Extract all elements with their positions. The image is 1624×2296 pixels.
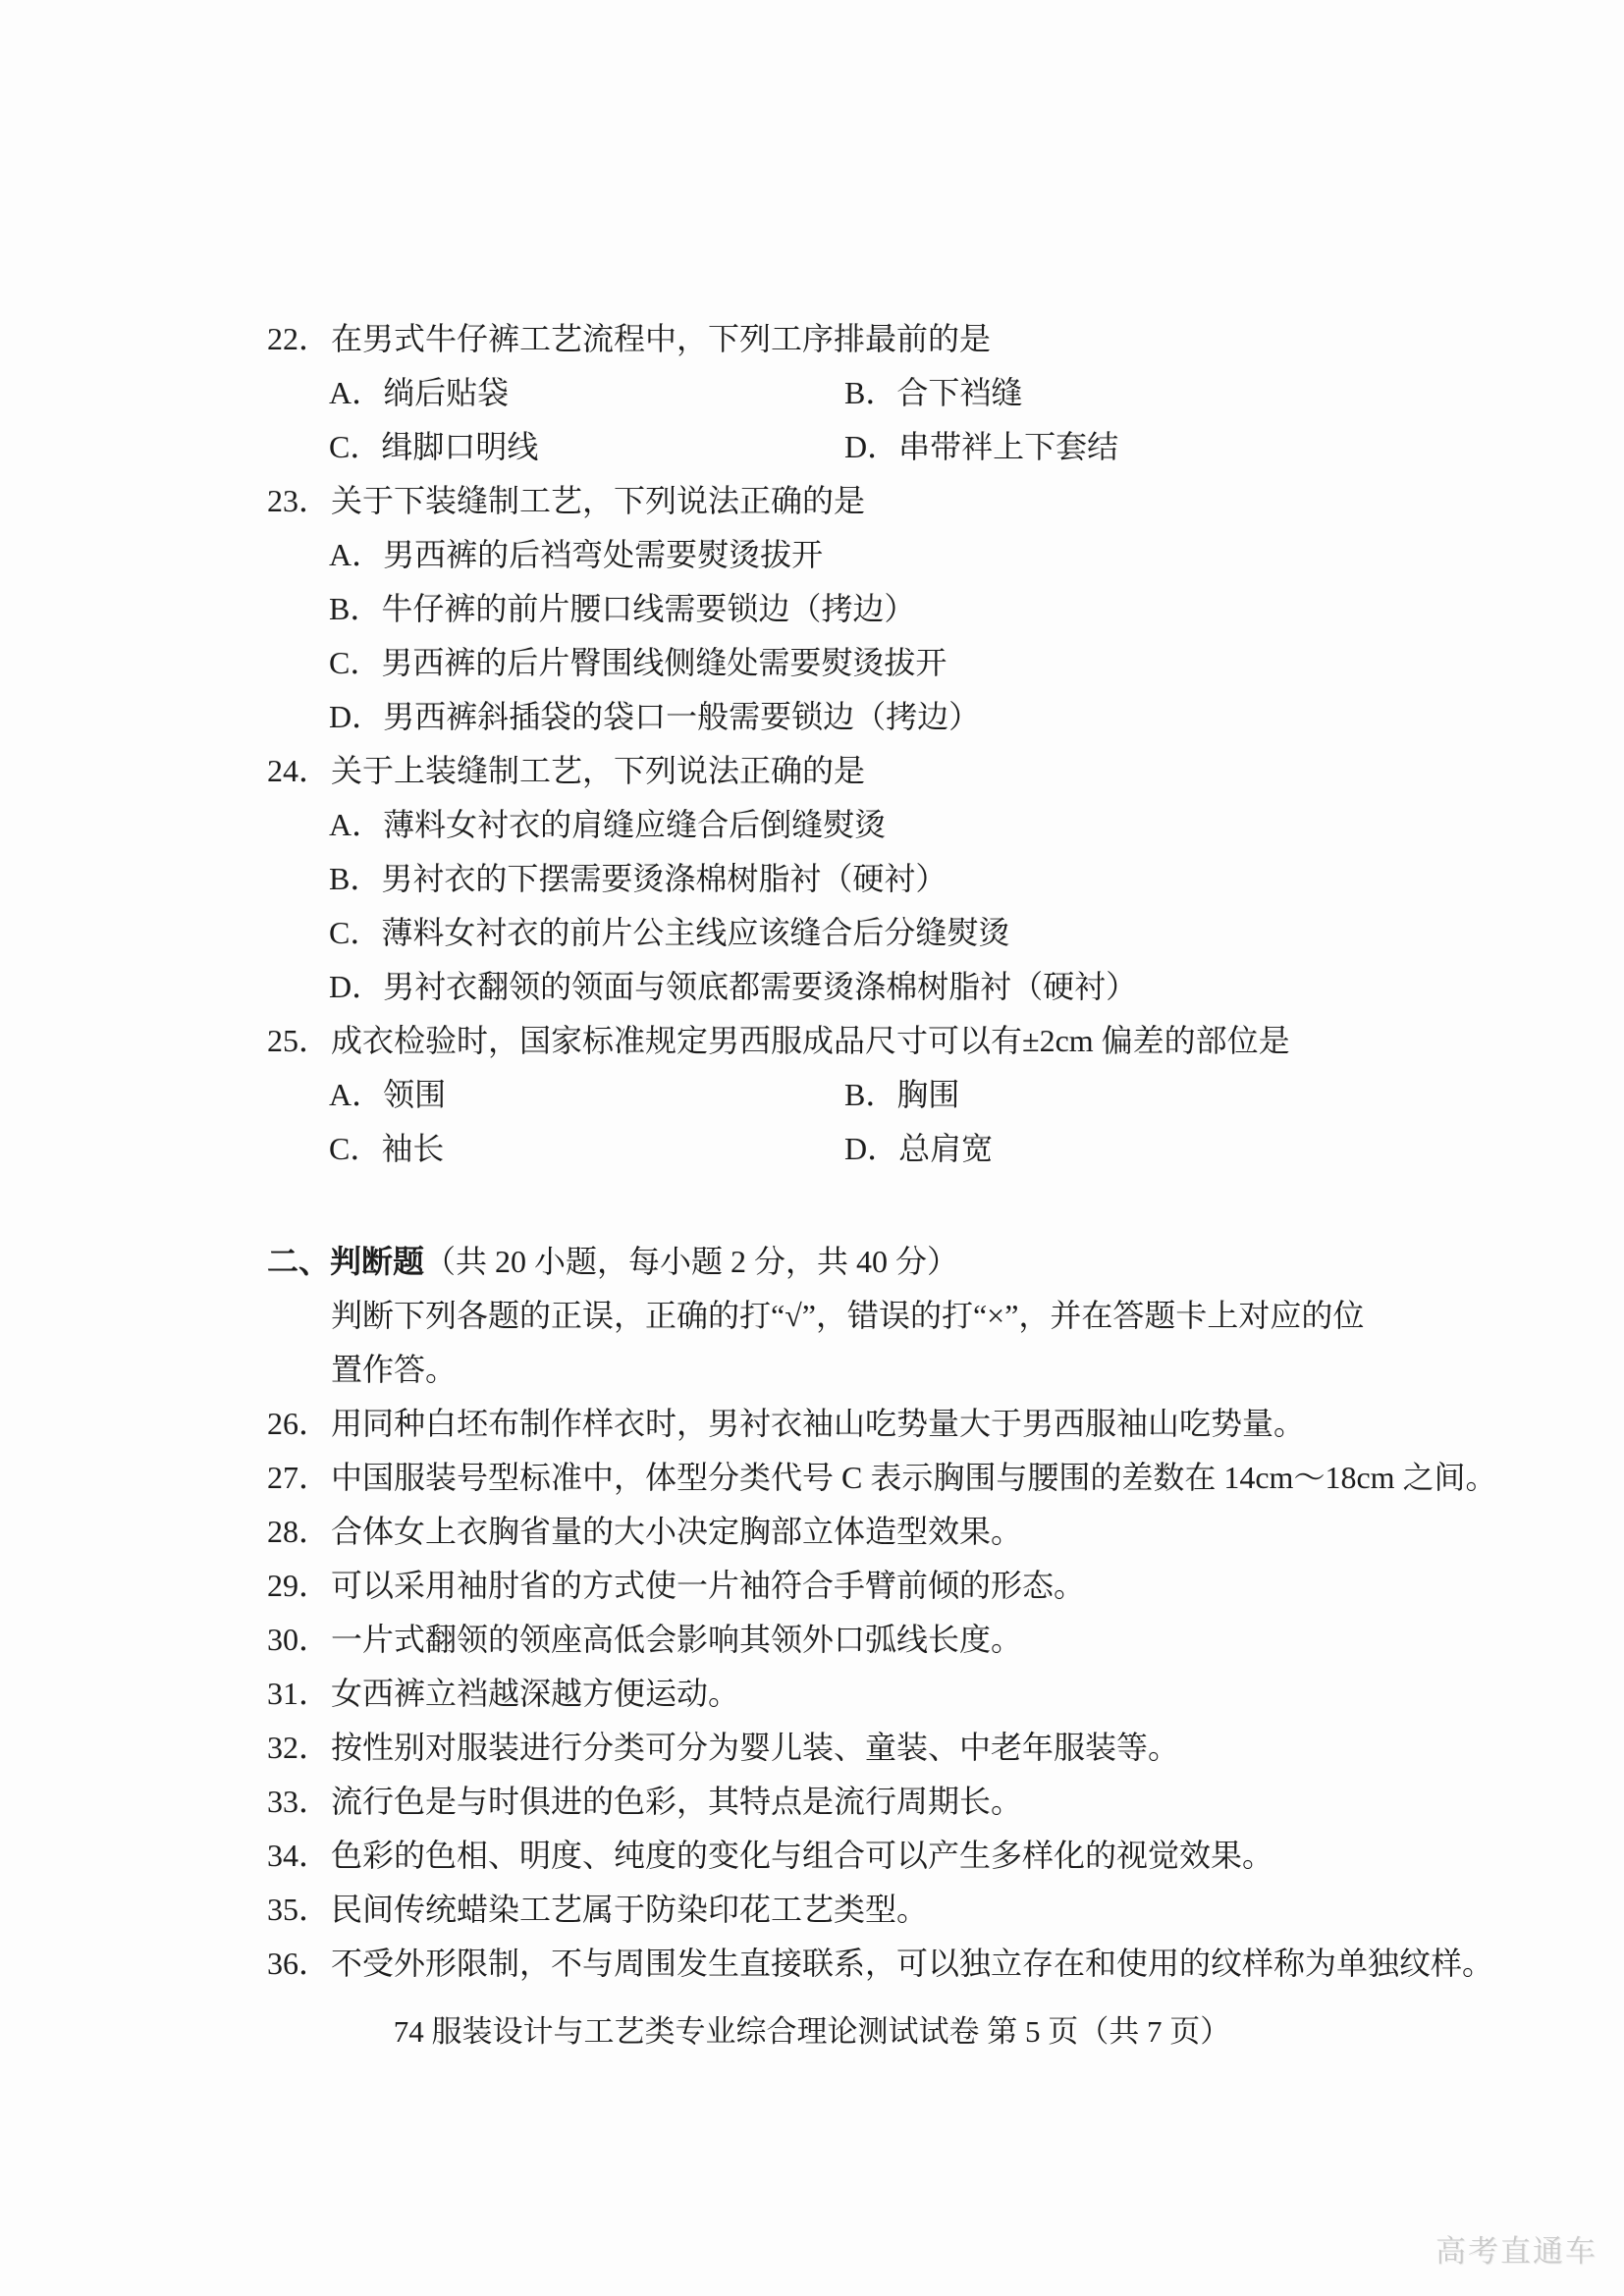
exam-page: 22．在男式牛仔裤工艺流程中，下列工序排最前的是 A．绱后贴袋 B．合下裆缝 C… — [0, 0, 1624, 2296]
option-label: B． — [844, 1068, 896, 1122]
section-heading: 二、判断题（共 20 小题，每小题 2 分，共 40 分） — [0, 1235, 1624, 1289]
judgment-item-33: 33．流行色是与时俱进的色彩，其特点是流行周期长。 — [0, 1775, 1624, 1829]
option-label: A． — [329, 798, 383, 852]
option-d: D．串带袢上下套结 — [844, 420, 1118, 474]
option-a: A．绱后贴袋 — [329, 366, 844, 420]
instruction-line-1: 判断下列各题的正误，正确的打“√”，错误的打“×”，并在答题卡上对应的位 — [0, 1289, 1624, 1343]
option-label: B． — [329, 582, 381, 636]
question-text: 女西裤立裆越深越方便运动。 — [331, 1676, 739, 1711]
option-d: D．男衬衣翻领的领面与领底都需要烫涤棉树脂衬（硬衬） — [329, 960, 1137, 1014]
option-label: C． — [329, 906, 381, 960]
option-label: D． — [329, 690, 383, 744]
question-stem: 关于上装缝制工艺，下列说法正确的是 — [331, 753, 865, 788]
question-number: 24． — [267, 744, 331, 798]
option-label: C． — [329, 636, 381, 690]
question-number: 31． — [267, 1667, 331, 1721]
judgment-item-34: 34．色彩的色相、明度、纯度的变化与组合可以产生多样化的视觉效果。 — [0, 1829, 1624, 1883]
question-number: 23． — [267, 474, 331, 528]
judgment-item-26: 26．用同种白坯布制作样衣时，男衬衣袖山吃势量大于男西服袖山吃势量。 — [0, 1397, 1624, 1451]
option-b: B．男衬衣的下摆需要烫涤棉树脂衬（硬衬） — [329, 852, 947, 906]
option-text: 薄料女衬衣的前片公主线应该缝合后分缝熨烫 — [381, 915, 1009, 950]
question-number: 28． — [267, 1505, 331, 1559]
option-b: B．牛仔裤的前片腰口线需要锁边（拷边） — [329, 582, 915, 636]
question-number: 35． — [267, 1883, 331, 1937]
question-text: 不受外形限制，不与周围发生直接联系，可以独立存在和使用的纹样称为单独纹样。 — [331, 1946, 1493, 1981]
option-a: A．男西裤的后裆弯处需要熨烫拔开 — [329, 528, 823, 582]
instruction-line-2: 置作答。 — [0, 1343, 1624, 1397]
question-number: 25． — [267, 1014, 331, 1068]
option-label: D． — [329, 960, 383, 1014]
question-text: 民间传统蜡染工艺属于防染印花工艺类型。 — [331, 1892, 928, 1927]
question-stem: 在男式牛仔裤工艺流程中，下列工序排最前的是 — [331, 321, 991, 356]
option-text: 胸围 — [896, 1077, 959, 1112]
judgment-item-35: 35．民间传统蜡染工艺属于防染印花工艺类型。 — [0, 1883, 1624, 1937]
question-number: 36． — [267, 1937, 331, 1991]
option-text: 缉脚口明线 — [381, 429, 538, 464]
judgment-item-29: 29．可以采用袖肘省的方式使一片袖符合手臂前倾的形态。 — [0, 1559, 1624, 1613]
option-d: D．总肩宽 — [844, 1122, 993, 1176]
judgment-item-32: 32．按性别对服装进行分类可分为婴儿装、童装、中老年服装等。 — [0, 1721, 1624, 1775]
option-text: 薄料女衬衣的肩缝应缝合后倒缝熨烫 — [383, 807, 886, 842]
question-number: 22． — [267, 312, 331, 366]
option-label: C． — [329, 420, 381, 474]
option-text: 串带袢上下套结 — [898, 429, 1118, 464]
option-label: B． — [329, 852, 381, 906]
option-a: A．薄料女衬衣的肩缝应缝合后倒缝熨烫 — [329, 798, 886, 852]
question-number: 30． — [267, 1613, 331, 1667]
option-text: 男衬衣翻领的领面与领底都需要烫涤棉树脂衬（硬衬） — [383, 969, 1137, 1004]
option-label: A． — [329, 528, 383, 582]
question-number: 34． — [267, 1829, 331, 1883]
option-b: B．合下裆缝 — [844, 366, 1022, 420]
question-number: 29． — [267, 1559, 331, 1613]
option-label: D． — [844, 1122, 898, 1176]
option-b: B．胸围 — [844, 1068, 959, 1122]
question-text: 一片式翻领的领座高低会影响其领外口弧线长度。 — [331, 1622, 1022, 1657]
option-text: 袖长 — [381, 1131, 444, 1166]
option-text: 男西裤的后片臀围线侧缝处需要熨烫拔开 — [381, 645, 947, 680]
question-number: 26． — [267, 1397, 331, 1451]
option-text: 领围 — [383, 1077, 446, 1112]
option-d: D．男西裤斜插袋的袋口一般需要锁边（拷边） — [329, 690, 980, 744]
question-text: 可以采用袖肘省的方式使一片袖符合手臂前倾的形态。 — [331, 1568, 1085, 1603]
judgment-item-36: 36．不受外形限制，不与周围发生直接联系，可以独立存在和使用的纹样称为单独纹样。 — [0, 1937, 1624, 1991]
judgment-item-27: 27．中国服装号型标准中，体型分类代号 C 表示胸围与腰围的差数在 14cm～1… — [0, 1451, 1624, 1505]
option-label: A． — [329, 366, 383, 420]
question-number: 27． — [267, 1451, 331, 1505]
judgment-item-31: 31．女西裤立裆越深越方便运动。 — [0, 1667, 1624, 1721]
question-text: 流行色是与时俱进的色彩，其特点是流行周期长。 — [331, 1784, 1022, 1819]
mc-question-24: 24．关于上装缝制工艺，下列说法正确的是 A．薄料女衬衣的肩缝应缝合后倒缝熨烫 … — [0, 744, 1624, 1014]
option-text: 男西裤斜插袋的袋口一般需要锁边（拷边） — [383, 699, 980, 734]
judgment-item-28: 28．合体女上衣胸省量的大小决定胸部立体造型效果。 — [0, 1505, 1624, 1559]
option-text: 总肩宽 — [898, 1131, 993, 1166]
section-heading-bold: 二、判断题 — [267, 1244, 424, 1279]
question-text: 中国服装号型标准中，体型分类代号 C 表示胸围与腰围的差数在 14cm～18cm… — [331, 1460, 1497, 1495]
question-stem: 关于下装缝制工艺，下列说法正确的是 — [331, 483, 865, 518]
question-text: 用同种白坯布制作样衣时，男衬衣袖山吃势量大于男西服袖山吃势量。 — [331, 1406, 1305, 1441]
page-footer: 74 服装设计与工艺类专业综合理论测试试卷 第 5 页（共 7 页） — [0, 2004, 1624, 2058]
option-label: B． — [844, 366, 896, 420]
option-text: 合下裆缝 — [896, 375, 1022, 410]
watermark: 高考直通车 — [1435, 2226, 1597, 2270]
option-label: C． — [329, 1122, 381, 1176]
option-text: 男衬衣的下摆需要烫涤棉树脂衬（硬衬） — [381, 861, 947, 896]
option-c: C．男西裤的后片臀围线侧缝处需要熨烫拔开 — [329, 636, 947, 690]
page-content: 22．在男式牛仔裤工艺流程中，下列工序排最前的是 A．绱后贴袋 B．合下裆缝 C… — [0, 0, 1624, 2058]
option-c: C．薄料女衬衣的前片公主线应该缝合后分缝熨烫 — [329, 906, 1009, 960]
question-number: 33． — [267, 1775, 331, 1829]
question-text: 合体女上衣胸省量的大小决定胸部立体造型效果。 — [331, 1514, 1022, 1549]
mc-question-22: 22．在男式牛仔裤工艺流程中，下列工序排最前的是 A．绱后贴袋 B．合下裆缝 C… — [0, 312, 1624, 474]
option-label: D． — [844, 420, 898, 474]
option-c: C．袖长 — [329, 1122, 844, 1176]
option-c: C．缉脚口明线 — [329, 420, 844, 474]
question-text: 色彩的色相、明度、纯度的变化与组合可以产生多样化的视觉效果。 — [331, 1838, 1273, 1873]
question-number: 32． — [267, 1721, 331, 1775]
judgment-item-30: 30．一片式翻领的领座高低会影响其领外口弧线长度。 — [0, 1613, 1624, 1667]
option-text: 男西裤的后裆弯处需要熨烫拔开 — [383, 537, 823, 572]
section-heading-rest: （共 20 小题，每小题 2 分，共 40 分） — [424, 1244, 958, 1279]
option-label: A． — [329, 1068, 383, 1122]
mc-question-23: 23．关于下装缝制工艺，下列说法正确的是 A．男西裤的后裆弯处需要熨烫拔开 B．… — [0, 474, 1624, 744]
mc-question-25: 25．成衣检验时，国家标准规定男西服成品尺寸可以有±2cm 偏差的部位是 A．领… — [0, 1014, 1624, 1176]
question-stem: 成衣检验时，国家标准规定男西服成品尺寸可以有±2cm 偏差的部位是 — [331, 1023, 1290, 1058]
option-text: 绱后贴袋 — [383, 375, 509, 410]
option-a: A．领围 — [329, 1068, 844, 1122]
option-text: 牛仔裤的前片腰口线需要锁边（拷边） — [381, 591, 915, 626]
question-text: 按性别对服装进行分类可分为婴儿装、童装、中老年服装等。 — [331, 1730, 1179, 1765]
